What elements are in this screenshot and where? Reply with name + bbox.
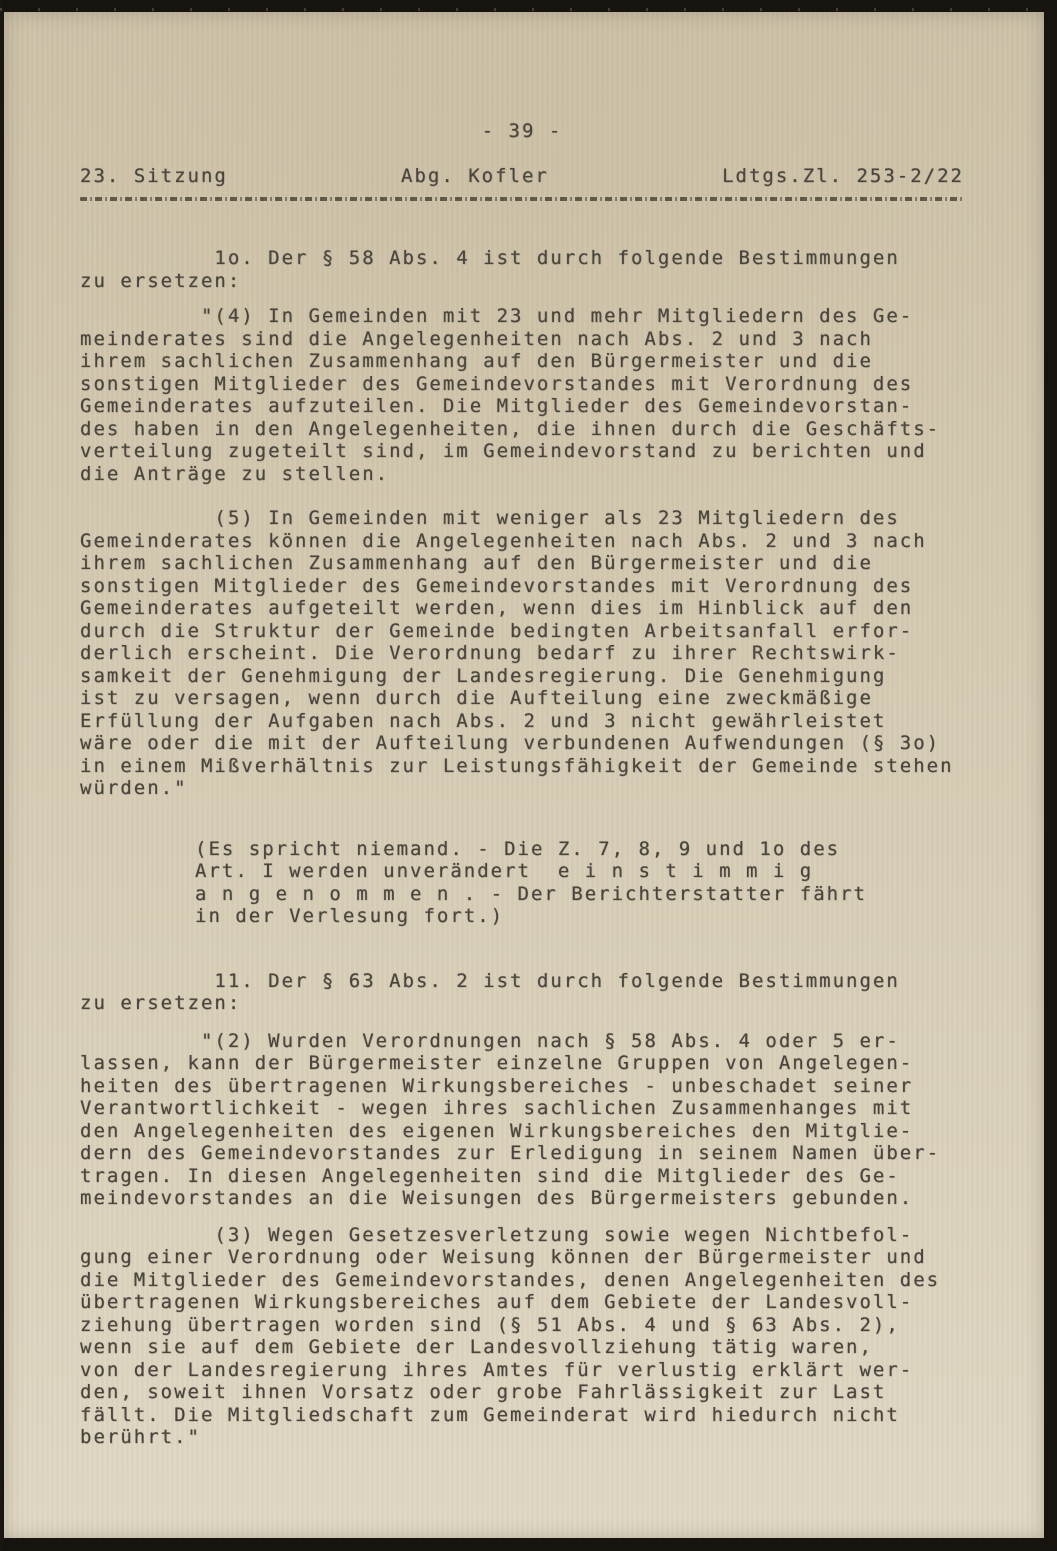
document-reference: Ldtgs.Zl. 253-2/22 — [722, 165, 964, 188]
scanned-page-frame: - 39 - 23. Sitzung Abg. Kofler Ldtgs.Zl.… — [0, 0, 1057, 1551]
header-divider — [80, 197, 964, 201]
paragraph-abs-3: (3) Wegen Gesetzesverletzung sowie wegen… — [80, 1224, 964, 1449]
document-paper: - 39 - 23. Sitzung Abg. Kofler Ldtgs.Zl.… — [4, 12, 1044, 1538]
paragraph-abs-5: (5) In Gemeinden mit weniger als 23 Mitg… — [80, 507, 964, 800]
paragraph-abs-2: "(2) Wurden Verordnungen nach § 58 Abs. … — [80, 1030, 964, 1210]
speaker-label: Abg. Kofler — [401, 165, 549, 188]
paragraph-abs-4: "(4) In Gemeinden mit 23 und mehr Mitgli… — [80, 305, 964, 485]
page-number: - 39 - — [80, 120, 964, 143]
stage-direction-note: (Es spricht niemand. - Die Z. 7, 8, 9 un… — [195, 838, 964, 928]
amendment-item-11: 11. Der § 63 Abs. 2 ist durch folgende B… — [80, 970, 964, 1015]
typescript-content: - 39 - 23. Sitzung Abg. Kofler Ldtgs.Zl.… — [4, 120, 1044, 1449]
page-header: 23. Sitzung Abg. Kofler Ldtgs.Zl. 253-2/… — [80, 165, 964, 188]
session-label: 23. Sitzung — [80, 165, 228, 188]
amendment-item-10: 1o. Der § 58 Abs. 4 ist durch folgende B… — [80, 247, 964, 292]
